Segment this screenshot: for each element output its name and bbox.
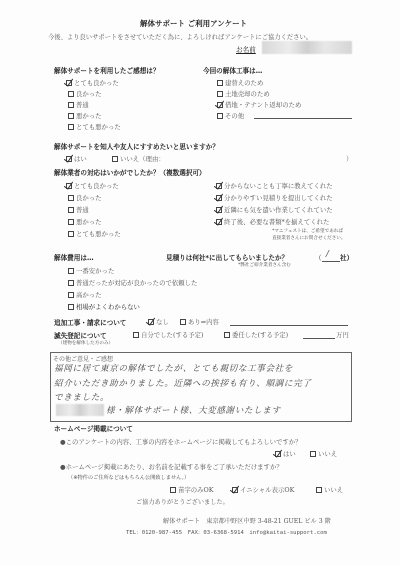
q2-other-line (254, 118, 352, 119)
checkbox-checked[interactable] (66, 183, 72, 189)
homepage-q2-opt3[interactable]: いいえ (316, 485, 343, 494)
survey-page: 解体サポート ご利用アンケート 今後、より良いサポートをさせていただく為に、よろ… (0, 0, 400, 565)
q1-option[interactable]: 悪かった (68, 111, 102, 120)
comment-line-2: 紹介いただき助かりました。近隣への挨拶も有り、順調に完了 (54, 377, 311, 389)
checkbox[interactable] (217, 113, 223, 119)
q6-note: *弊社ご紹介業者さん含む (238, 262, 291, 268)
checkbox[interactable] (180, 319, 186, 325)
checkbox[interactable] (112, 156, 118, 162)
q3-no[interactable]: いいえ（理由： (112, 154, 165, 163)
checkbox[interactable] (68, 268, 74, 274)
q2-option[interactable]: その他 (217, 111, 244, 120)
homepage-q2-opt1[interactable]: 苗字のみOK (170, 485, 214, 494)
q6-answer-value[interactable]: / (326, 249, 330, 259)
q3-yes[interactable]: はい (66, 154, 87, 163)
checkbox[interactable] (217, 91, 223, 97)
q5-option[interactable]: 普通だったが対応が良かったので依頼した (68, 278, 197, 287)
redacted-name (262, 41, 352, 54)
redacted-signature (56, 404, 104, 416)
checkbox[interactable] (68, 113, 74, 119)
q4-option[interactable]: 悪かった (68, 217, 102, 226)
comment-line-3: できました。 (54, 391, 109, 403)
q4-right-option[interactable]: 分からないことも丁寧に教えてくれた (216, 181, 333, 190)
q5-option[interactable]: 相場がよくわからない (68, 302, 140, 311)
checkbox[interactable] (68, 231, 74, 237)
q2-heading: 今回の解体工事は… (203, 65, 262, 75)
q8-amount-line (303, 338, 335, 339)
checkbox[interactable] (68, 91, 74, 97)
checkbox-checked[interactable] (148, 319, 154, 325)
q4-option[interactable]: 普通 (68, 205, 89, 214)
checkbox[interactable] (68, 280, 74, 286)
q7-yes[interactable]: あり⇒内容 (180, 317, 219, 326)
checkbox[interactable] (217, 80, 223, 86)
q7-heading: 追加工事・請求について (54, 317, 126, 327)
q1-option[interactable]: 良かった (68, 89, 102, 98)
q8-heading: 滅失登記について (54, 330, 107, 340)
checkbox[interactable] (68, 207, 74, 213)
q5-option[interactable]: 一番安かった (68, 266, 114, 275)
checkbox[interactable] (68, 292, 74, 298)
checkbox-checked[interactable] (217, 102, 223, 108)
checkbox-checked[interactable] (216, 195, 222, 201)
homepage-q2: ●ホームページ掲載にあたり、お名前を記載する事をご了承いただけますか？ (60, 462, 283, 471)
manifest-note-1: *マニフェストは、ご希望であれば (272, 228, 343, 234)
q6-heading: 見積りは何社*に出してもらいましたか？ (166, 252, 288, 262)
manifest-note-2: 直接業者さんにお問合せください。 (272, 235, 346, 241)
q7-detail-line (230, 325, 348, 326)
q1-option[interactable]: とても良かった (66, 78, 119, 87)
comment-line-4: 様・解体サポート様、大変感謝いたします (106, 404, 281, 416)
checkbox[interactable] (170, 487, 176, 493)
checkbox[interactable] (133, 332, 139, 338)
checkbox[interactable] (316, 487, 322, 493)
q4-heading: 解体業者の対応はいかがでしたか？（複数選択可） (54, 167, 206, 177)
q2-option[interactable]: 借地・テナント返却のため (217, 100, 301, 109)
company-contact: TEL：0120-987-455 FAX：03-6368-5914 info@k… (126, 528, 327, 536)
q6-answer-line (322, 261, 340, 262)
q4-option[interactable]: とても良かった (66, 181, 119, 190)
q4-option[interactable]: とても悪かった (68, 229, 121, 238)
checkbox[interactable] (68, 195, 74, 201)
homepage-q2-opt2[interactable]: イニシャル表示OK (232, 485, 294, 494)
checkbox[interactable] (224, 332, 230, 338)
checkbox[interactable] (68, 102, 74, 108)
homepage-q2-note: （※物件のご住所などはもちろん公開致しません。） (68, 474, 189, 481)
survey-subtitle: 今後、より良いサポートをさせていただく為に、よろしければアンケートにご協力くださ… (48, 32, 312, 41)
q1-heading: 解体サポートを利用したご感想は？ (54, 65, 160, 75)
name-label: お名前 (236, 44, 256, 54)
checkbox-checked[interactable] (66, 156, 72, 162)
q2-option[interactable]: 建替えのため (217, 78, 263, 87)
checkbox-checked[interactable] (216, 207, 222, 213)
q6-answer-prefix: （ (315, 252, 322, 262)
q1-option[interactable]: 普通 (68, 100, 89, 109)
checkbox-checked[interactable] (66, 80, 72, 86)
q4-option[interactable]: 良かった (68, 193, 102, 202)
q3-no-close: ） (346, 154, 352, 163)
q6-answer-suffix: 社） (340, 252, 353, 262)
checkbox-checked[interactable] (216, 183, 222, 189)
q3-heading: 解体サポートを知人や友人にすすめたいと思いますか？ (54, 141, 219, 151)
q5-option[interactable]: 高かった (68, 290, 102, 299)
q8-opt2[interactable]: 委任した(する予定) (224, 330, 288, 339)
comment-line-1: 福岡に居て東京の解体でしたが、とても親切な工事会社を (54, 362, 293, 374)
q8-unit: 万円 (336, 330, 349, 339)
q4-right-option[interactable]: 分かりやすい見積りを提出してくれた (216, 193, 333, 202)
homepage-heading: ホームページ掲載について (54, 423, 133, 433)
q1-option[interactable]: とても悪かった (68, 122, 121, 131)
company-address: 解体サポート 東京都中野区中野 3-48-21 GUEL ビル 3 階 (163, 516, 331, 525)
checkbox[interactable] (68, 304, 74, 310)
checkbox[interactable] (68, 219, 74, 225)
q8-note: （建物を解体した方のみ） (58, 340, 113, 346)
homepage-q1-no[interactable]: いいえ (310, 449, 337, 458)
checkbox-checked[interactable] (275, 451, 281, 457)
checkbox-checked[interactable] (216, 219, 222, 225)
q4-right-option[interactable]: 近隣にも気を遣い作業してくれていた (216, 205, 333, 214)
homepage-q1-yes[interactable]: はい (275, 449, 296, 458)
q5-heading: 解体費用は… (54, 252, 94, 262)
q4-right-option[interactable]: 終了後、必要な書類*を揃えてくれた (216, 217, 329, 226)
survey-title: 解体サポート ご利用アンケート (140, 18, 247, 29)
thanks-text: ご協力ありがとうございました。 (136, 497, 229, 506)
q8-opt1[interactable]: 自分でした(する予定) (133, 330, 204, 339)
checkbox[interactable] (310, 451, 316, 457)
q2-option[interactable]: 土地売却のため (217, 89, 270, 98)
checkbox-checked[interactable] (232, 487, 238, 493)
homepage-q1: ●このアンケートの内容、工事の内容をホームページに掲載してもよろしいですか？ (60, 437, 302, 446)
q7-none[interactable]: なし (148, 317, 169, 326)
checkbox[interactable] (68, 124, 74, 130)
